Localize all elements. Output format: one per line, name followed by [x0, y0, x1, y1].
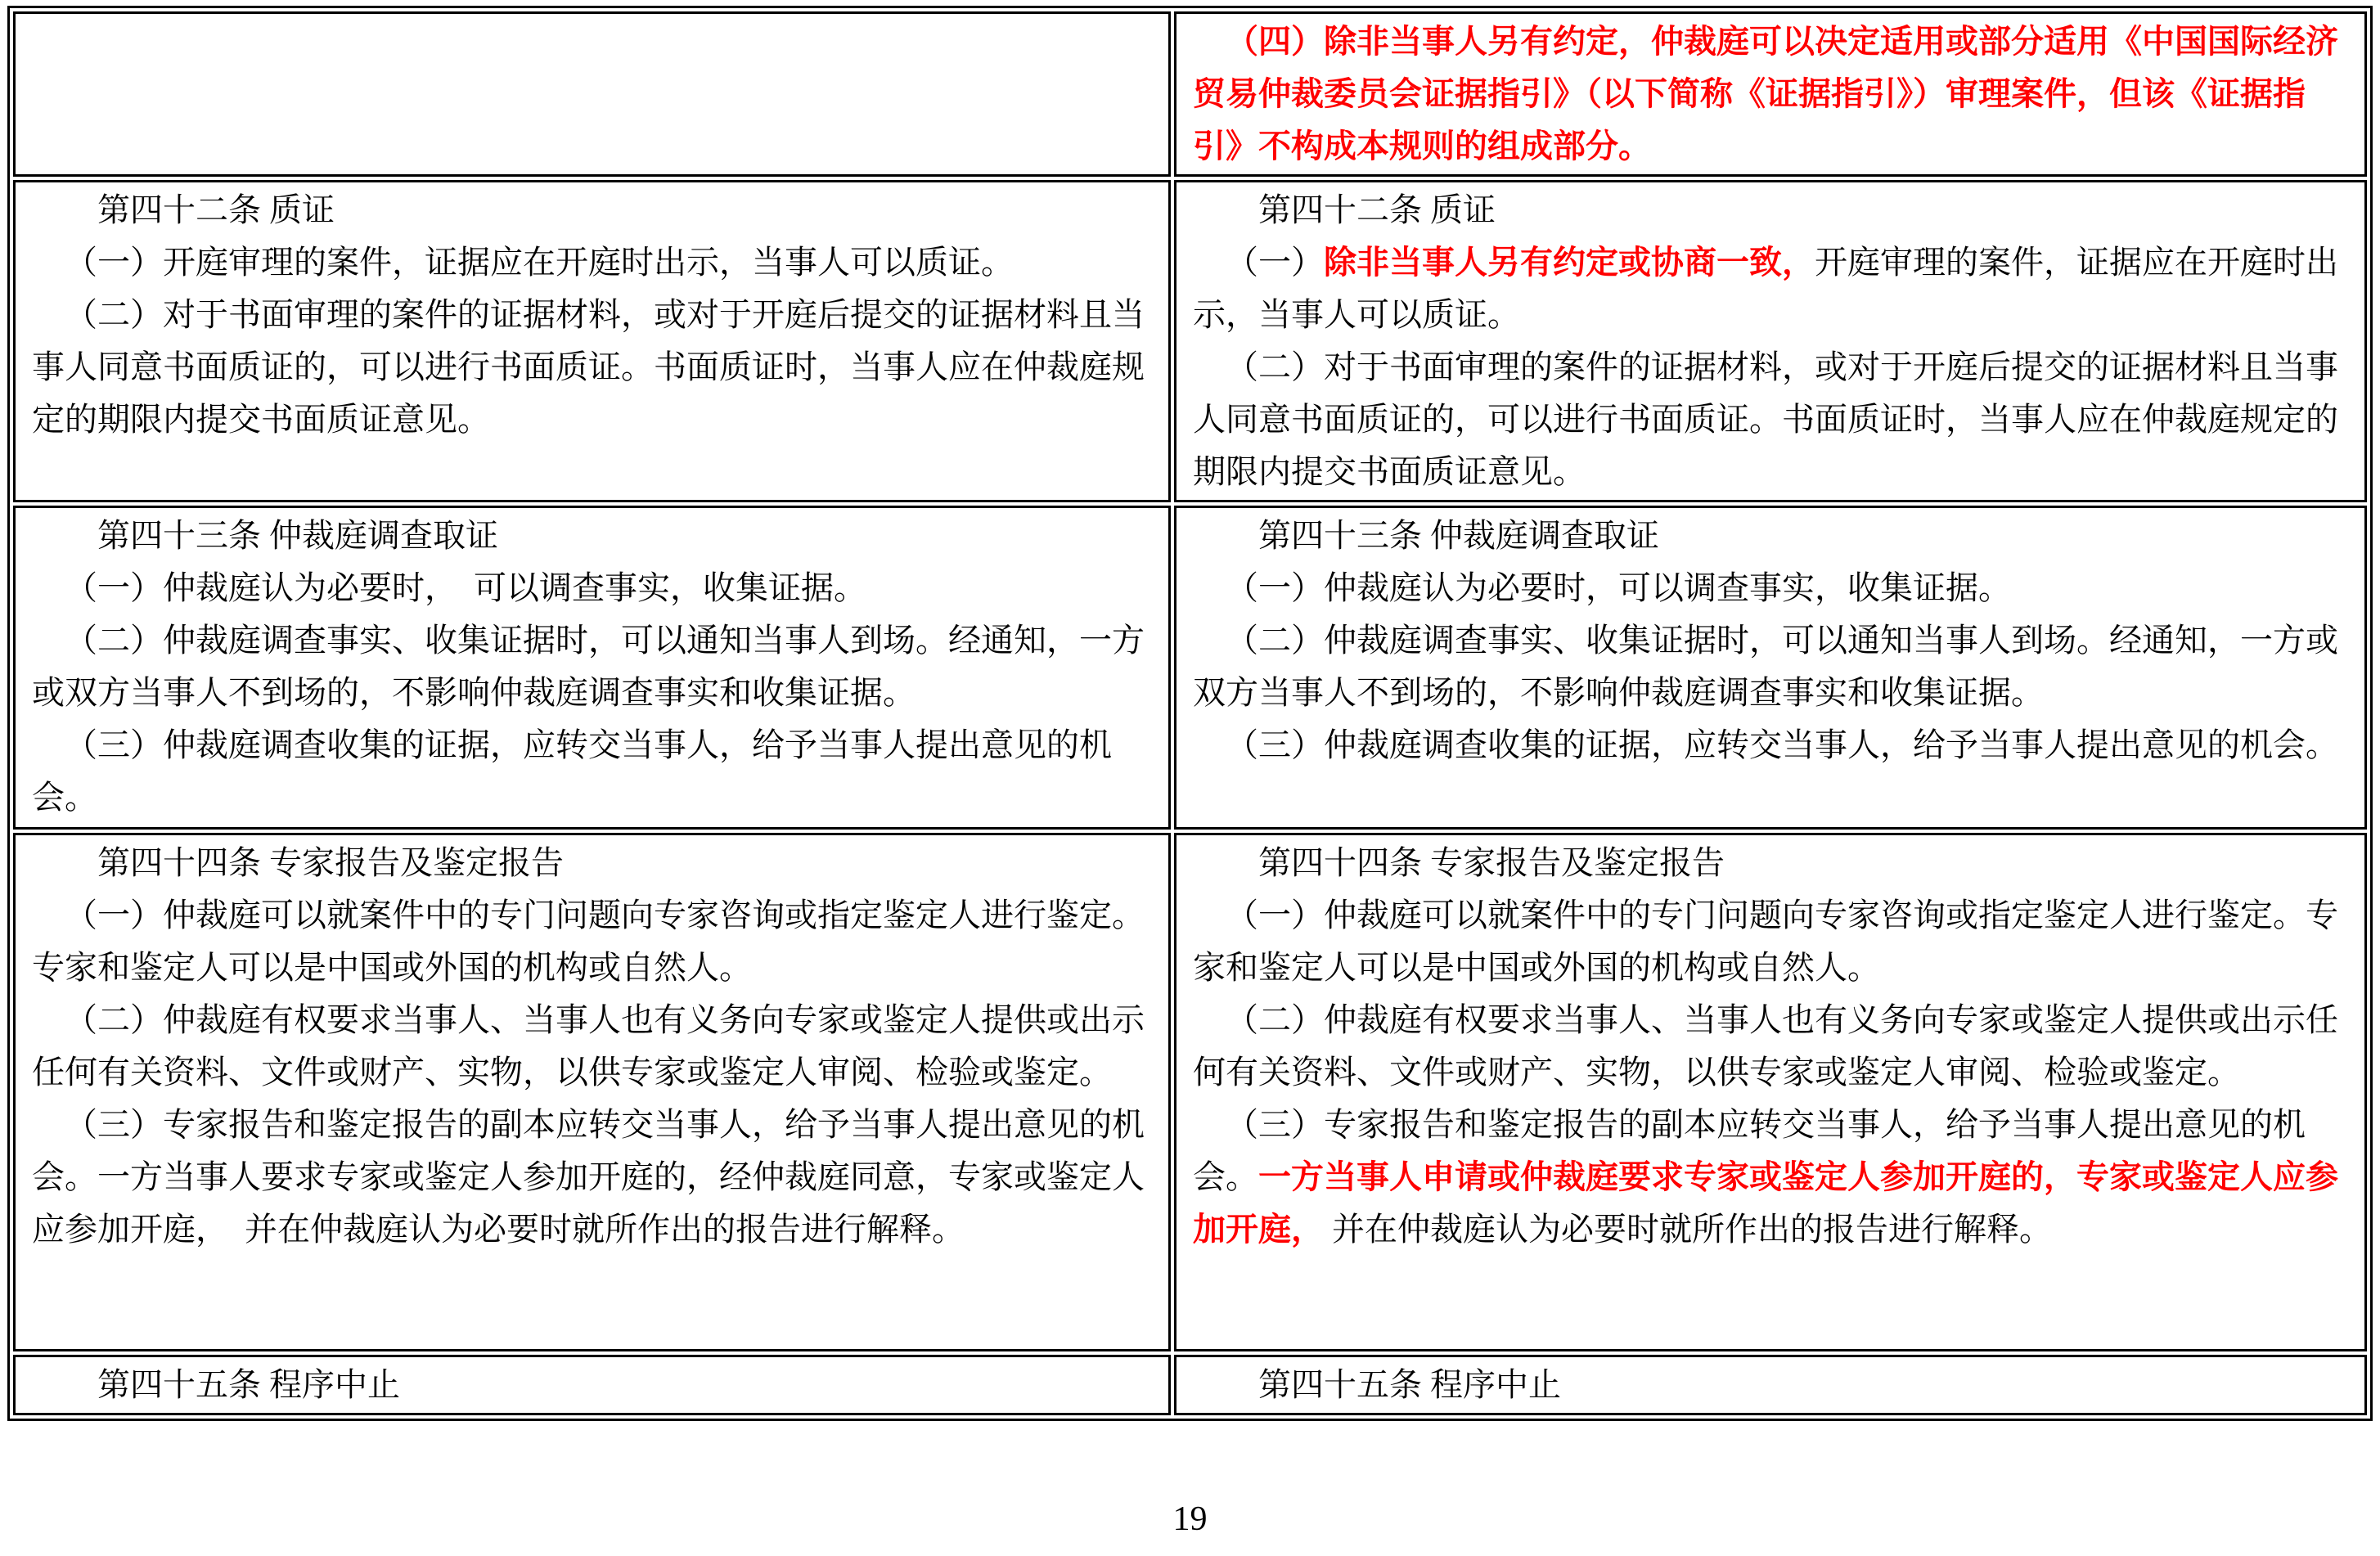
old-rule-cell: 第四十二条 质证（一）开庭审理的案件，证据应在开庭时出示，当事人可以质证。（二）… — [13, 180, 1171, 502]
article-title: 第四十三条 仲裁庭调查取证 — [1193, 510, 2353, 562]
new-rule-cell: 第四十四条 专家报告及鉴定报告（一）仲裁庭可以就案件中的专门问题向专家咨询或指定… — [1174, 833, 2367, 1351]
article-title: 第四十二条 质证 — [1193, 184, 2353, 236]
clause-text: （一）开庭审理的案件，证据应在开庭时出示，当事人可以质证。 — [65, 244, 1014, 281]
table-row: 第四十二条 质证（一）开庭审理的案件，证据应在开庭时出示，当事人可以质证。（二）… — [13, 180, 2367, 502]
clause-text: 第四十四条 专家报告及鉴定报告 — [1258, 844, 1725, 881]
rules-comparison-table: （四）除非当事人另有约定，仲裁庭可以决定适用或部分适用《中国国际经济贸易仲裁委员… — [7, 6, 2373, 1421]
new-rule-cell: 第四十五条 程序中止 — [1174, 1355, 2367, 1415]
clause-text: （三）仲裁庭调查收集的证据，应转交当事人，给予当事人提出意见的机会。 — [1226, 726, 2338, 763]
clause-text: （三）专家报告和鉴定报告的副本应转交当事人，给予当事人提出意见的机会。一方当事人… — [32, 1106, 1145, 1248]
table-row: 第四十三条 仲裁庭调查取证（一）仲裁庭认为必要时， 可以调查事实，收集证据。（二… — [13, 506, 2367, 830]
clause-text: （一）仲裁庭认为必要时， 可以调查事实，收集证据。 — [65, 569, 866, 606]
clause-text: （二）仲裁庭有权要求当事人、当事人也有义务向专家或鉴定人提供或出示任何有关资料、… — [1193, 1001, 2338, 1091]
clause-paragraph: （一）仲裁庭可以就案件中的专门问题向专家咨询或指定鉴定人进行鉴定。专家和鉴定人可… — [1193, 889, 2353, 994]
clause-text: （二）对于书面审理的案件的证据材料，或对于开庭后提交的证据材料且当事人同意书面质… — [32, 296, 1145, 438]
amended-text: 除非当事人另有约定或协商一致， — [1324, 244, 1815, 281]
table-row: 第四十四条 专家报告及鉴定报告（一）仲裁庭可以就案件中的专门问题向专家咨询或指定… — [13, 833, 2367, 1351]
page-number: 19 — [0, 1499, 2380, 1540]
clause-text: （二）仲裁庭调查事实、收集证据时，可以通知当事人到场。经通知，一方或双方当事人不… — [32, 622, 1145, 711]
article-title: 第四十三条 仲裁庭调查取证 — [32, 510, 1157, 562]
clause-paragraph: （二）仲裁庭有权要求当事人、当事人也有义务向专家或鉴定人提供或出示任何有关资料、… — [32, 994, 1157, 1099]
clause-text: （一）仲裁庭可以就案件中的专门问题向专家咨询或指定鉴定人进行鉴定。专家和鉴定人可… — [32, 897, 1145, 986]
article-title: 第四十二条 质证 — [32, 184, 1157, 236]
new-rule-cell: （四）除非当事人另有约定，仲裁庭可以决定适用或部分适用《中国国际经济贸易仲裁委员… — [1174, 11, 2367, 177]
clause-text: 第四十五条 程序中止 — [97, 1366, 400, 1403]
clause-text: （二）仲裁庭有权要求当事人、当事人也有义务向专家或鉴定人提供或出示任何有关资料、… — [32, 1001, 1145, 1091]
new-rule-cell: 第四十二条 质证（一）除非当事人另有约定或协商一致，开庭审理的案件，证据应在开庭… — [1174, 180, 2367, 502]
clause-text: （二）对于书面审理的案件的证据材料，或对于开庭后提交的证据材料且当事人同意书面质… — [1193, 349, 2338, 490]
old-rule-cell — [13, 11, 1171, 177]
clause-paragraph: （二）仲裁庭调查事实、收集证据时，可以通知当事人到场。经通知，一方或双方当事人不… — [1193, 614, 2353, 719]
clause-paragraph: （四）除非当事人另有约定，仲裁庭可以决定适用或部分适用《中国国际经济贸易仲裁委员… — [1193, 16, 2353, 173]
clause-text: （二）仲裁庭调查事实、收集证据时，可以通知当事人到场。经通知，一方或双方当事人不… — [1193, 622, 2338, 711]
clause-paragraph: （一）除非当事人另有约定或协商一致，开庭审理的案件，证据应在开庭时出示，当事人可… — [1193, 236, 2353, 341]
new-rule-cell: 第四十三条 仲裁庭调查取证（一）仲裁庭认为必要时，可以调查事实，收集证据。（二）… — [1174, 506, 2367, 830]
table-row: （四）除非当事人另有约定，仲裁庭可以决定适用或部分适用《中国国际经济贸易仲裁委员… — [13, 11, 2367, 177]
clause-text: 并在仲裁庭认为必要时就所作出的报告进行解释。 — [1324, 1211, 2052, 1248]
clause-paragraph: （三）专家报告和鉴定报告的副本应转交当事人，给予当事人提出意见的机会。一方当事人… — [1193, 1099, 2353, 1256]
clause-text: （一）仲裁庭认为必要时，可以调查事实，收集证据。 — [1226, 569, 2011, 606]
clause-paragraph: （二）仲裁庭有权要求当事人、当事人也有义务向专家或鉴定人提供或出示任何有关资料、… — [1193, 994, 2353, 1099]
clause-text: （一） — [1226, 244, 1324, 281]
clause-paragraph: （一）开庭审理的案件，证据应在开庭时出示，当事人可以质证。 — [32, 236, 1157, 289]
clause-text: 第四十三条 仲裁庭调查取证 — [1258, 517, 1659, 554]
clause-text: （三）仲裁庭调查收集的证据，应转交当事人，给予当事人提出意见的机会。 — [32, 726, 1112, 816]
clause-paragraph: （二）仲裁庭调查事实、收集证据时，可以通知当事人到场。经通知，一方或双方当事人不… — [32, 614, 1157, 719]
clause-text: 第四十二条 质证 — [97, 191, 335, 228]
clause-text: （一）仲裁庭可以就案件中的专门问题向专家咨询或指定鉴定人进行鉴定。专家和鉴定人可… — [1193, 897, 2338, 986]
clause-paragraph: （一）仲裁庭认为必要时，可以调查事实，收集证据。 — [1193, 562, 2353, 614]
article-title: 第四十四条 专家报告及鉴定报告 — [1193, 837, 2353, 889]
clause-text: 第四十五条 程序中止 — [1258, 1366, 1561, 1403]
amended-text: （四）除非当事人另有约定，仲裁庭可以决定适用或部分适用《中国国际经济贸易仲裁委员… — [1193, 23, 2338, 164]
clause-paragraph: （二）对于书面审理的案件的证据材料，或对于开庭后提交的证据材料且当事人同意书面质… — [32, 289, 1157, 446]
clause-paragraph: （三）仲裁庭调查收集的证据，应转交当事人，给予当事人提出意见的机会。 — [32, 719, 1157, 824]
clause-paragraph: （三）仲裁庭调查收集的证据，应转交当事人，给予当事人提出意见的机会。 — [1193, 719, 2353, 771]
old-rule-cell: 第四十五条 程序中止 — [13, 1355, 1171, 1415]
clause-paragraph: （三）专家报告和鉴定报告的副本应转交当事人，给予当事人提出意见的机会。一方当事人… — [32, 1099, 1157, 1256]
clause-text: 第四十二条 质证 — [1258, 191, 1496, 228]
clause-text: 第四十四条 专家报告及鉴定报告 — [97, 844, 564, 881]
table-row: 第四十五条 程序中止 第四十五条 程序中止 — [13, 1355, 2367, 1415]
old-rule-cell: 第四十三条 仲裁庭调查取证（一）仲裁庭认为必要时， 可以调查事实，收集证据。（二… — [13, 506, 1171, 830]
clause-paragraph: （一）仲裁庭可以就案件中的专门问题向专家咨询或指定鉴定人进行鉴定。专家和鉴定人可… — [32, 889, 1157, 994]
article-title: 第四十五条 程序中止 — [1193, 1359, 2353, 1411]
clause-text: 第四十三条 仲裁庭调查取证 — [97, 517, 498, 554]
clause-paragraph: （一）仲裁庭认为必要时， 可以调查事实，收集证据。 — [32, 562, 1157, 614]
article-title: 第四十五条 程序中止 — [32, 1359, 1157, 1411]
clause-paragraph: （二）对于书面审理的案件的证据材料，或对于开庭后提交的证据材料且当事人同意书面质… — [1193, 341, 2353, 498]
old-rule-cell: 第四十四条 专家报告及鉴定报告（一）仲裁庭可以就案件中的专门问题向专家咨询或指定… — [13, 833, 1171, 1351]
article-title: 第四十四条 专家报告及鉴定报告 — [32, 837, 1157, 889]
